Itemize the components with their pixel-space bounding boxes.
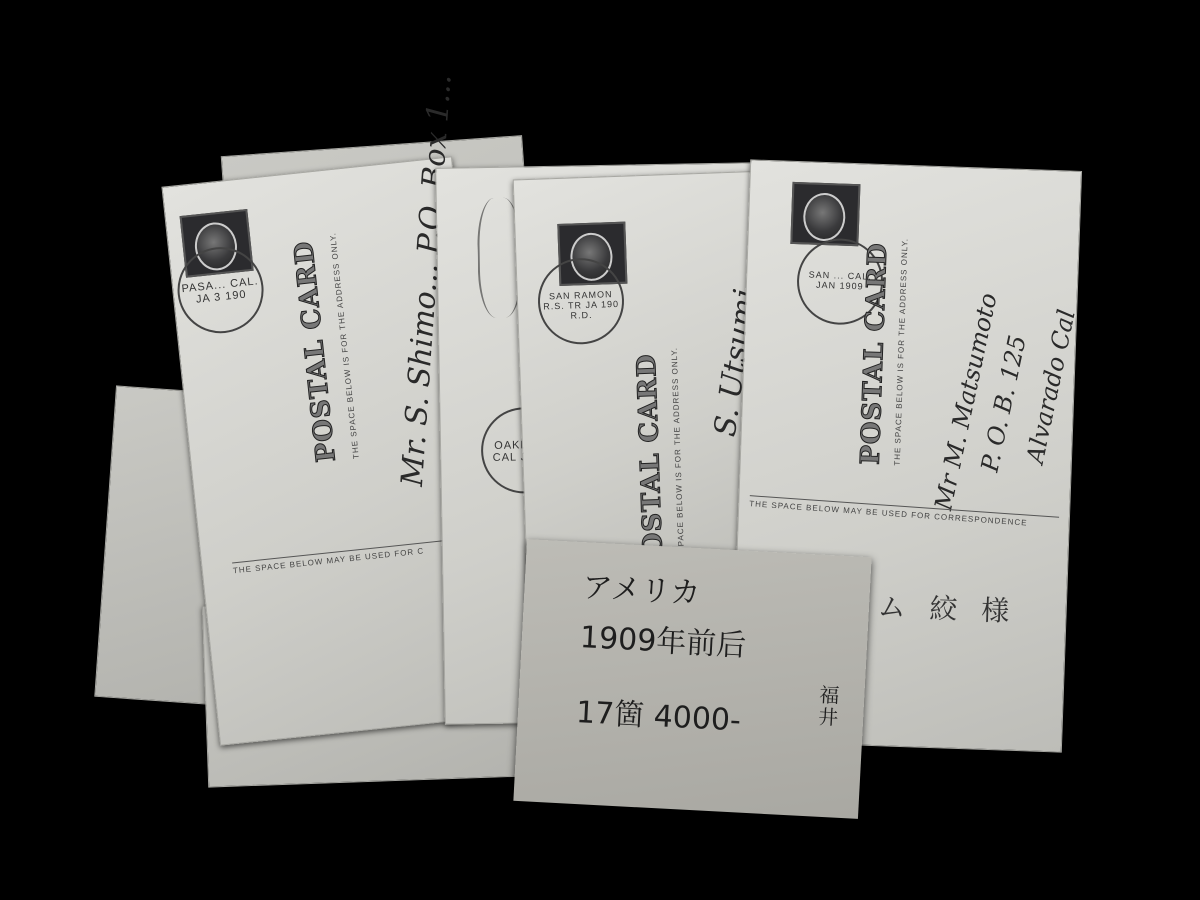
card-title: POSTAL CARD (856, 242, 894, 465)
note-line-country: アメリカ (582, 562, 702, 612)
handwritten-city: Alvarado Cal (1021, 307, 1081, 466)
address-notice: THE SPACE BELOW IS FOR THE ADDRESS ONLY. (670, 347, 687, 575)
note-line-quantity-price: 17箇 4000- (575, 687, 742, 740)
stamp-icon (790, 182, 860, 246)
note-seller-name: 福井 (818, 685, 842, 730)
card-title: POSTAL CARD (632, 353, 670, 576)
postcard-photo: PASA... CAL. JA 3 190 POSTAL CARD THE SP… (0, 0, 1200, 900)
handwritten-label-note: アメリカ 1909年前后 17箇 4000- 福井 (513, 539, 871, 819)
correspondence-notice: THE SPACE BELOW MAY BE USED FOR CORRESPO… (749, 495, 1059, 530)
note-line-year: 1909年前后 (579, 612, 747, 665)
address-notice: THE SPACE BELOW IS FOR THE ADDRESS ONLY. (893, 238, 910, 466)
